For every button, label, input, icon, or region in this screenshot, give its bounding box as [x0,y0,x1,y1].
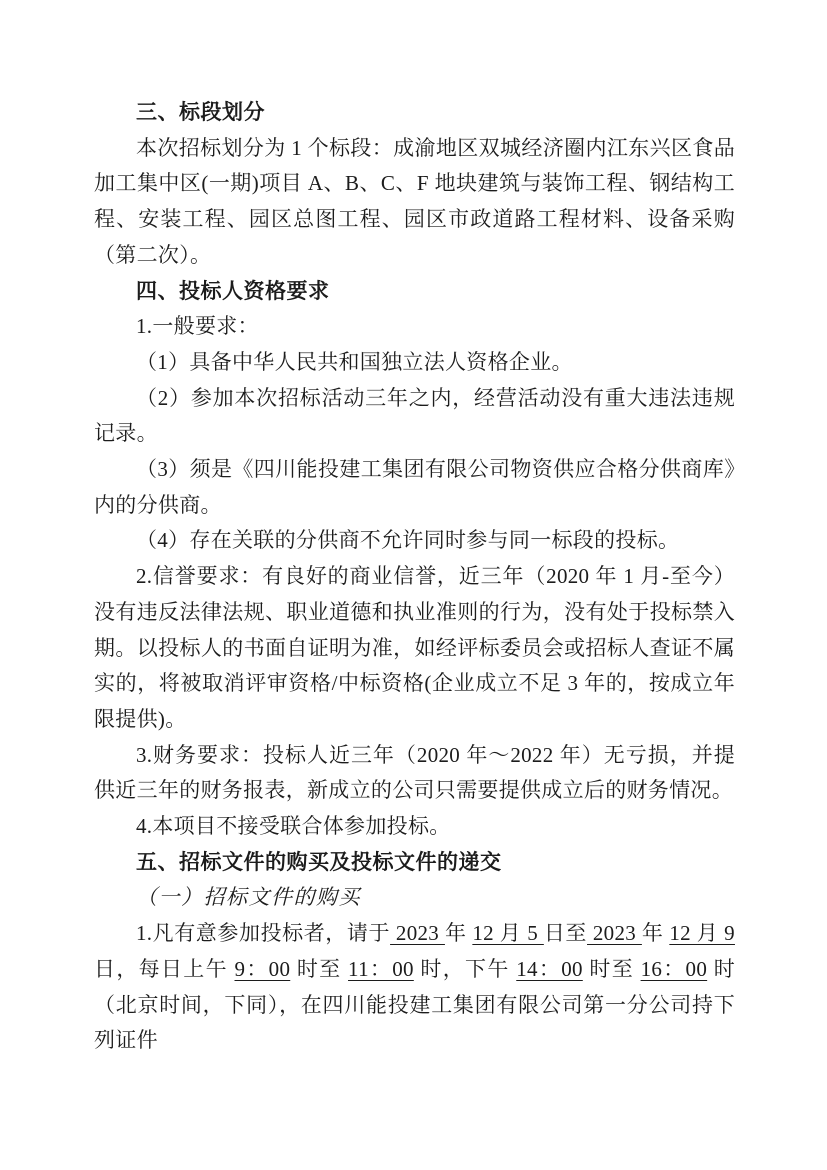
text-run: 三、标段划分 [136,101,265,124]
text-run: （2）参加本次招标活动三年之内，经营活动没有重大违法违规记录。 [94,386,735,446]
underlined-blank-value: 2023 [587,921,642,945]
heading-section-4: 四、投标人资格要求 [94,274,735,310]
underlined-blank-value: 11：00 [348,957,414,981]
para-req-4: （4）存在关联的分供商不允许同时参与同一标段的投标。 [94,523,735,559]
text-run: 3.财务要求：投标人近三年（2020 年～2022 年）无亏损，并提供近三年的财… [94,743,735,803]
text-run: 日，每日上午 [94,957,235,981]
para-req-3: （3）须是《四川能投建工集团有限公司物资供应合格分供商库》内的分供商。 [94,452,735,523]
text-run: 时，下午 [414,957,516,981]
text-run: 年 [445,921,472,945]
underlined-blank-value: 2023 [390,921,445,945]
text-run: 4.本项目不接受联合体参加投标。 [136,814,451,838]
text-run: 2.信誉要求：有良好的商业信誉，近三年（2020 年 1 月-至今）没有违反法律… [94,564,735,731]
text-run: 本次招标划分为 1 个标段：成渝地区双城经济圈内江东兴区食品加工集中区(一期)项… [94,136,735,267]
heading-section-3: 三、标段划分 [94,95,735,131]
text-run: （3）须是《四川能投建工集团有限公司物资供应合格分供商库》内的分供商。 [94,457,735,517]
para-req-2: （2）参加本次招标活动三年之内，经营活动没有重大违法违规记录。 [94,381,735,452]
para-general-req-title: 1.一般要求： [94,309,735,345]
para-purchase-details: 1.凡有意参加投标者，请于 2023 年 12 月 5 日至 2023 年 12… [94,916,735,1059]
text-run: 四、投标人资格要求 [136,280,330,303]
text-run: 五、招标文件的购买及投标文件的递交 [136,851,502,874]
underlined-blank-value: 9：00 [235,957,291,981]
text-run: 1.凡有意参加投标者，请于 [136,921,390,945]
subheading-doc-purchase: （一）招标文件的购买 [94,880,735,916]
text-run: （1）具备中华人民共和国独立法人资格企业。 [136,350,573,374]
heading-section-5: 五、招标文件的购买及投标文件的递交 [94,845,735,881]
underlined-blank-value: 16：00 [641,957,708,981]
document-page: 三、标段划分本次招标划分为 1 个标段：成渝地区双城经济圈内江东兴区食品加工集中… [0,0,827,1170]
text-run: 年 [642,921,669,945]
underlined-blank-value: 12 月 9 [669,921,735,945]
text-run: 时至 [290,957,348,981]
text-run: （一）招标文件的购买 [136,885,361,909]
para-bid-sections: 本次招标划分为 1 个标段：成渝地区双城经济圈内江东兴区食品加工集中区(一期)项… [94,131,735,274]
text-run: 1.一般要求： [136,314,259,338]
para-no-consortium: 4.本项目不接受联合体参加投标。 [94,809,735,845]
underlined-blank-value: 12 月 5 [472,921,543,945]
para-req-1: （1）具备中华人民共和国独立法人资格企业。 [94,345,735,381]
underlined-blank-value: 14：00 [516,957,583,981]
document-body: 三、标段划分本次招标划分为 1 个标段：成渝地区双城经济圈内江东兴区食品加工集中… [94,95,735,1059]
para-financial-req: 3.财务要求：投标人近三年（2020 年～2022 年）无亏损，并提供近三年的财… [94,738,735,809]
text-run: （4）存在关联的分供商不允许同时参与同一标段的投标。 [136,528,679,552]
text-run: 日至 [544,921,587,945]
para-credit-req: 2.信誉要求：有良好的商业信誉，近三年（2020 年 1 月-至今）没有违反法律… [94,559,735,738]
text-run: 时至 [583,957,641,981]
